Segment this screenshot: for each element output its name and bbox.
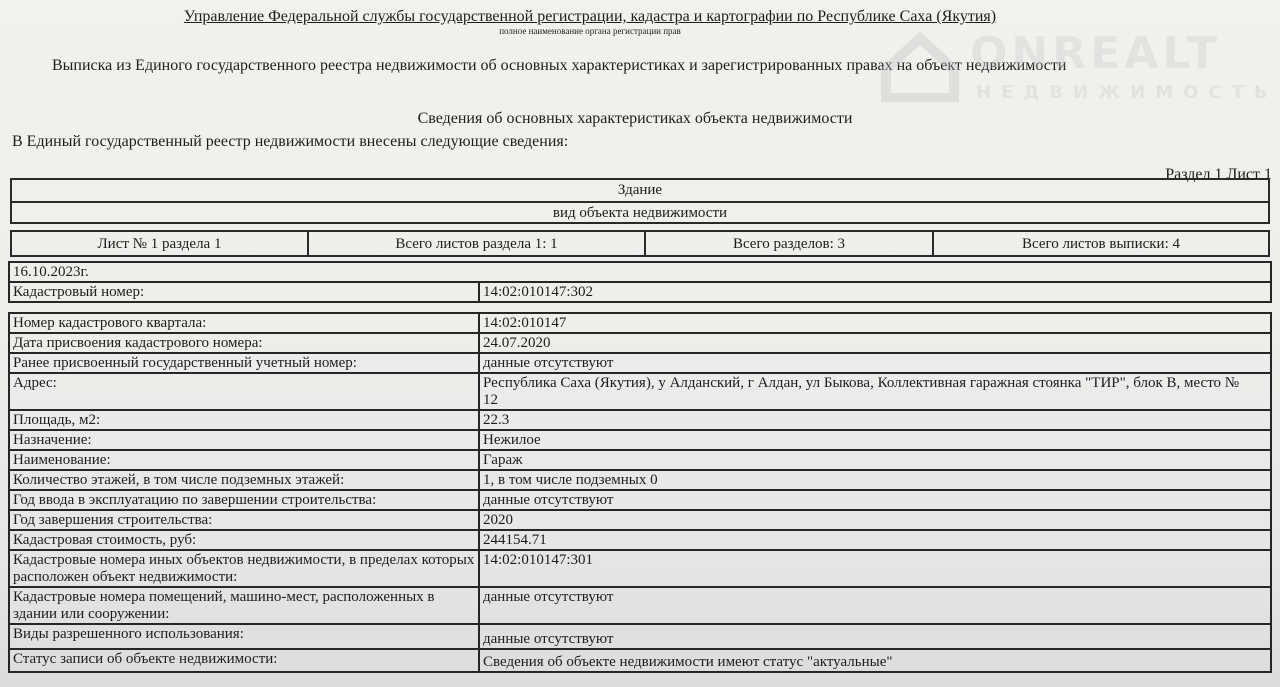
table-row: Ранее присвоенный государственный учетны… <box>10 352 1270 372</box>
watermark-tagline: НЕДВИЖИМОСТЬ <box>976 82 1278 103</box>
row-value: 14:02:010147:301 <box>480 551 1270 586</box>
table-row: Год ввода в эксплуатацию по завершении с… <box>10 489 1270 509</box>
authority-name: Управление Федеральной службы государств… <box>184 8 996 25</box>
object-type-caption: вид объекта недвижимости <box>12 201 1268 224</box>
row-value: 24.07.2020 <box>480 334 1270 352</box>
row-value: Нежилое <box>480 431 1270 449</box>
table-row: Виды разрешенного использования:данные о… <box>10 623 1270 648</box>
sheet-number: Лист № 1 раздела 1 <box>12 232 307 255</box>
intro-text: В Единый государственный реестр недвижим… <box>12 133 568 151</box>
row-value: данные отсутствуют <box>480 491 1270 509</box>
row-label: Кадастровые номера иных объектов недвижи… <box>10 551 480 586</box>
row-value: 1, в том числе подземных 0 <box>480 471 1270 489</box>
extract-sheets-total: Всего листов выписки: 4 <box>932 232 1268 255</box>
row-value: 2020 <box>480 511 1270 529</box>
house-logo-icon <box>880 32 960 102</box>
row-value: Гараж <box>480 451 1270 469</box>
sheet-info-row: Лист № 1 раздела 1 Всего листов раздела … <box>10 230 1270 257</box>
row-value: данные отсутствуют <box>480 354 1270 372</box>
cadastral-number-label: Кадастровый номер: <box>10 283 480 301</box>
row-label: Год ввода в эксплуатацию по завершении с… <box>10 491 480 509</box>
table-row: Год завершения строительства:2020 <box>10 509 1270 529</box>
section-sheets-total: Всего листов раздела 1: 1 <box>307 232 644 255</box>
section-title: Сведения об основных характеристиках объ… <box>0 110 1270 128</box>
extract-date: 16.10.2023г. <box>10 263 1270 281</box>
cadastral-number-row: Кадастровый номер: 14:02:010147:302 <box>10 281 1270 301</box>
row-value: 22.3 <box>480 411 1270 429</box>
row-value: Сведения об объекте недвижимости имеют с… <box>480 650 1270 671</box>
table-row: Номер кадастрового квартала:14:02:010147 <box>10 314 1270 332</box>
date-row: 16.10.2023г. <box>10 263 1270 281</box>
table-row: Наименование:Гараж <box>10 449 1270 469</box>
table-row: Кадастровые номера помещений, машино-мес… <box>10 586 1270 623</box>
table-row: Количество этажей, в том числе подземных… <box>10 469 1270 489</box>
row-label: Наименование: <box>10 451 480 469</box>
cadastral-number-table: 16.10.2023г. Кадастровый номер: 14:02:01… <box>8 261 1272 303</box>
row-label: Адрес: <box>10 374 480 409</box>
table-row: Площадь, м2:22.3 <box>10 409 1270 429</box>
row-label: Количество этажей, в том числе подземных… <box>10 471 480 489</box>
row-label: Ранее присвоенный государственный учетны… <box>10 354 480 372</box>
row-label: Дата присвоения кадастрового номера: <box>10 334 480 352</box>
characteristics-table: Номер кадастрового квартала:14:02:010147… <box>8 312 1272 673</box>
table-row: Статус записи об объекте недвижимости:Св… <box>10 648 1270 671</box>
registration-authority: Управление Федеральной службы государств… <box>0 8 1180 26</box>
table-row: Кадастровая стоимость, руб:244154.71 <box>10 529 1270 549</box>
watermark-brand: ONREALT <box>970 28 1221 79</box>
row-label: Виды разрешенного использования: <box>10 625 480 648</box>
row-value: 14:02:010147 <box>480 314 1270 332</box>
row-label: Номер кадастрового квартала: <box>10 314 480 332</box>
table-row: Адрес:Республика Саха (Якутия), у Алданс… <box>10 372 1270 409</box>
row-label: Назначение: <box>10 431 480 449</box>
row-label: Кадастровая стоимость, руб: <box>10 531 480 549</box>
row-value: данные отсутствуют <box>480 625 1270 648</box>
sections-total: Всего разделов: 3 <box>644 232 932 255</box>
row-label: Статус записи об объекте недвижимости: <box>10 650 480 671</box>
row-value: Республика Саха (Якутия), у Алданский, г… <box>480 374 1270 409</box>
row-label: Год завершения строительства: <box>10 511 480 529</box>
row-value: данные отсутствуют <box>480 588 1270 623</box>
cadastral-number-value: 14:02:010147:302 <box>480 283 1270 301</box>
table-row: Дата присвоения кадастрового номера:24.0… <box>10 332 1270 352</box>
object-type-value: Здание <box>12 180 1268 201</box>
row-label: Площадь, м2: <box>10 411 480 429</box>
object-type-box: Здание вид объекта недвижимости <box>10 178 1270 224</box>
table-row: Кадастровые номера иных объектов недвижи… <box>10 549 1270 586</box>
row-value: 244154.71 <box>480 531 1270 549</box>
row-label: Кадастровые номера помещений, машино-мес… <box>10 588 480 623</box>
table-row: Назначение:Нежилое <box>10 429 1270 449</box>
